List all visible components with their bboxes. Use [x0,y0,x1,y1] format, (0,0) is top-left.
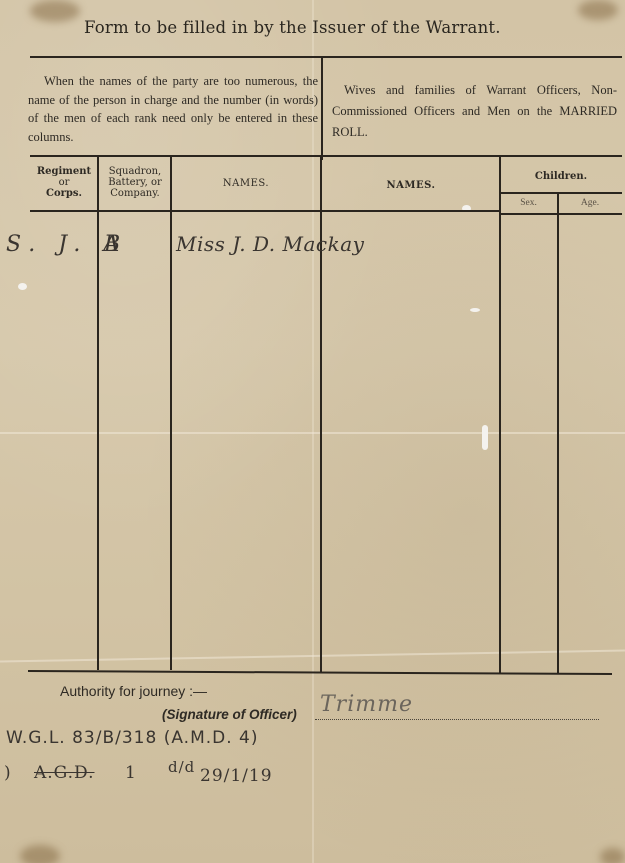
cell-squadron: B [104,232,122,257]
line-prefix: ) [4,763,12,783]
children-subheader-rule [500,192,622,194]
authority-date: 29/1/19 [200,766,273,786]
stain [600,848,625,863]
paper-hole [18,283,27,290]
warrant-form-page: Form to be filled in by the Issuer of th… [0,0,625,863]
column-divider [170,156,172,670]
stain [578,0,618,20]
top-rule [30,56,622,58]
stain [30,0,80,22]
paper-tear [470,308,480,312]
header-names-right: NAMES. [322,180,500,191]
header-sex: Sex. [500,198,557,208]
officer-signature: Trimme [320,692,413,717]
line-suffix: 1 [125,763,137,783]
left-instructions: When the names of the party are too nume… [28,72,318,146]
header-age: Age. [558,198,622,208]
dated-label: d/d [168,758,195,776]
column-divider [557,192,559,674]
table-bottom-rule [28,670,612,675]
signature-label: (Signature of Officer) [162,707,297,722]
paper-tear [482,425,488,450]
header-children: Children. [500,171,622,182]
column-divider [499,156,501,674]
struck-text: A.G.D. [34,763,95,783]
header-top-rule [30,155,622,157]
authority-label: Authority for journey :— [60,683,207,699]
form-title: Form to be filled in by the Issuer of th… [84,18,501,37]
right-instructions: Wives and families of Warrant Officers, … [332,80,617,143]
section-divider [321,56,323,160]
header-bottom-rule [30,210,500,212]
header-names-left: NAMES. [172,178,320,189]
header-squadron: Squadron, Battery, or Company. [99,166,171,199]
header-regiment: Regiment or Corps. [30,166,98,199]
stain [20,845,60,863]
children-header-bottom-rule [500,213,622,215]
authority-reference: W.G.L. 83/B/318 (A.M.D. 4) [6,728,259,748]
cell-name: Miss J. D. Mackay [176,232,364,256]
signature-line [315,719,599,720]
